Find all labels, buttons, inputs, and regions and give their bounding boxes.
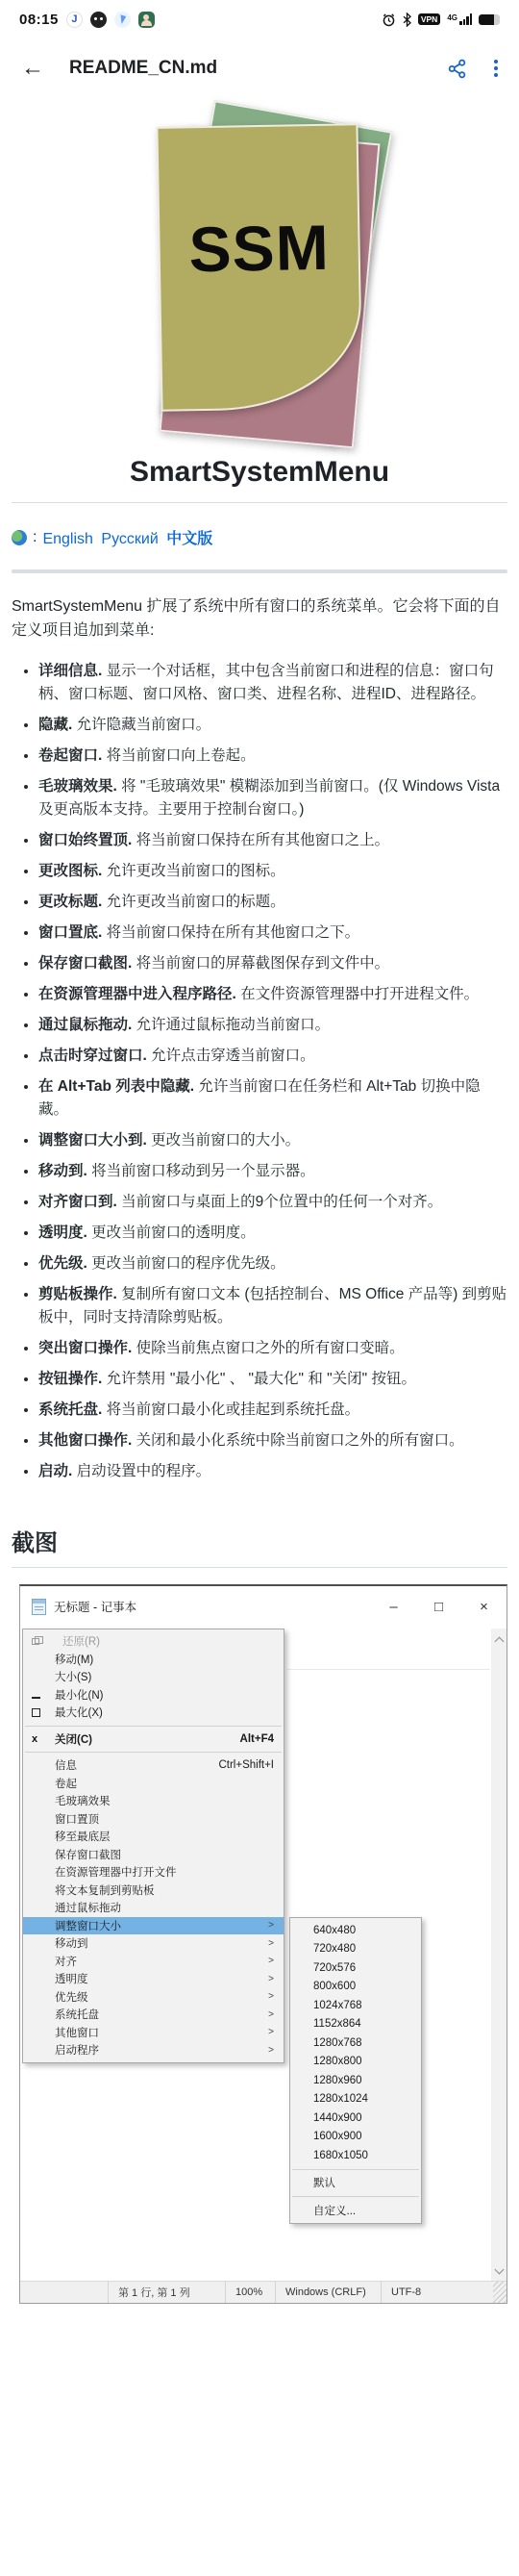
menu-item-label: 还原(R) [62,1633,100,1649]
globe-icon [12,530,27,545]
menu-item[interactable]: 最小化(N) [23,1686,284,1705]
submenu-arrow-icon: > [268,1991,274,2002]
menu-item-label: 保存窗口截图 [55,1847,121,1862]
language-colon: : [33,529,37,546]
editor-top-border [287,1669,490,1670]
submenu-item[interactable]: 1280x960 [290,2071,421,2090]
menu-item[interactable]: 对齐> [23,1953,284,1971]
menu-item-label: 透明度 [55,1971,88,1986]
notepad-window: 无标题 - 记事本 – □ × 还原(R)移动(M)大小(S)最小化(N)最大化… [19,1584,507,2304]
menu-item[interactable]: 移动到> [23,1934,284,1953]
notepad-title: 无标题 - 记事本 [54,1598,136,1615]
menu-separator [25,1752,282,1753]
feature-item: 毛玻璃效果. 将 "毛玻璃效果" 模糊添加到当前窗口。(仅 Windows Vi… [38,775,507,821]
feature-item: 在 Alt+Tab 列表中隐藏. 允许当前窗口在任务栏和 Alt+Tab 切换中… [38,1075,507,1122]
menu-separator [292,2196,419,2197]
restore-icon [32,1638,39,1645]
scroll-down-icon[interactable] [494,2265,504,2275]
submenu-item[interactable]: 1280x1024 [290,2090,421,2109]
horizontal-rule [12,569,507,573]
link-english[interactable]: English [42,531,92,547]
submenu-item[interactable]: 640x480 [290,1921,421,1940]
submenu-arrow-icon: > [268,1938,274,1949]
menu-item-label: 启动程序 [55,2042,99,2058]
submenu-item[interactable]: 默认 [290,2174,421,2193]
menu-item-label: 大小(S) [55,1669,91,1684]
menu-item[interactable]: 系统托盘> [23,2006,284,2024]
minimize-button[interactable]: – [371,1586,416,1627]
status-cell: 第 1 行, 第 1 列 [108,2282,225,2303]
menu-item-label: 移至最底层 [55,1829,111,1844]
submenu-arrow-icon: > [268,2045,274,2056]
menu-item[interactable]: 卷起 [23,1775,284,1793]
feature-item: 其他窗口操作. 关闭和最小化系统中除当前窗口之外的所有窗口。 [38,1429,507,1452]
max-icon [32,1708,40,1717]
menu-separator [292,2169,419,2170]
menu-item-label: 通过鼠标拖动 [55,1900,121,1915]
alarm-icon [382,13,396,27]
maximize-button[interactable]: □ [416,1586,461,1627]
feature-item: 保存窗口截图. 将当前窗口的屏幕截图保存到文件中。 [38,952,507,975]
feature-item: 透明度. 更改当前窗口的透明度。 [38,1222,507,1245]
menu-item[interactable]: 窗口置顶 [23,1810,284,1829]
menu-item-label: 调整窗口大小 [55,1918,121,1933]
menu-item[interactable]: 最大化(X) [23,1704,284,1722]
submenu-item[interactable]: 1280x800 [290,2053,421,2072]
logo-text: SSM [188,211,330,287]
feature-item: 系统托盘. 将当前窗口最小化或挂起到系统托盘。 [38,1399,507,1422]
feature-item: 详细信息. 显示一个对话框，其中包含当前窗口和进程的信息：窗口句柄、窗口标题、窗… [38,660,507,706]
feature-item: 按钮操作. 允许禁用 "最小化" 、 "最大化" 和 "关闭" 按钮。 [38,1368,507,1391]
scrollbar[interactable] [491,1629,507,2281]
link-russian[interactable]: Русский [101,531,158,547]
submenu-item[interactable]: 自定义... [290,2201,421,2220]
system-context-menu: 还原(R)移动(M)大小(S)最小化(N)最大化(X)关闭(C)Alt+F4信息… [22,1629,284,2063]
menu-item[interactable]: 还原(R) [23,1632,284,1651]
doc-title: SmartSystemMenu [12,456,507,503]
menu-item[interactable]: 调整窗口大小> [23,1917,284,1935]
screenshot-image: 无标题 - 记事本 – □ × 还原(R)移动(M)大小(S)最小化(N)最大化… [19,1584,507,2304]
feature-item: 卷起窗口. 将当前窗口向上卷起。 [38,745,507,768]
notepad-editor-area: 还原(R)移动(M)大小(S)最小化(N)最大化(X)关闭(C)Alt+F4信息… [20,1627,507,2281]
avatar-app-icon [138,12,155,28]
menu-item-label: 将文本复制到剪贴板 [55,1882,155,1898]
menu-separator [25,1726,282,1727]
feature-item: 在资源管理器中进入程序路径. 在文件资源管理器中打开进程文件。 [38,983,507,1006]
notepad-status-bar: 第 1 行, 第 1 列100%Windows (CRLF)UTF-8 [20,2281,507,2303]
language-line: : English Русский 中文版 [12,526,507,548]
status-cell: Windows (CRLF) [275,2282,381,2303]
menu-item-label: 毛玻璃效果 [55,1793,111,1808]
menu-item-label: 优先级 [55,1989,88,2005]
menu-item[interactable]: 将文本复制到剪贴板 [23,1881,284,1900]
menu-item-label: 最大化(X) [55,1705,103,1720]
menu-shortcut: Alt+F4 [240,1733,274,1745]
ssm-logo: SSM [139,110,380,437]
menu-item-label: 最小化(N) [55,1687,103,1703]
close-icon [32,1733,37,1745]
app-header: ← README_CN.md [0,38,519,98]
scroll-up-icon[interactable] [494,1637,504,1647]
menu-item-label: 移动(M) [55,1652,93,1667]
intro-paragraph: SmartSystemMenu 扩展了系统中所有窗口的系统菜单。它会将下面的自定… [12,594,507,643]
menu-item-label: 其他窗口 [55,2025,99,2040]
status-cell [20,2282,108,2303]
menu-item[interactable]: 通过鼠标拖动 [23,1899,284,1917]
menu-item[interactable]: 透明度> [23,1970,284,1988]
close-button[interactable]: × [461,1586,507,1627]
feature-item: 窗口置底. 将当前窗口保持在所有其他窗口之下。 [38,922,507,945]
menu-item-label: 在资源管理器中打开文件 [55,1864,177,1880]
submenu-item[interactable]: 720x576 [290,1958,421,1978]
clock-time: 08:15 [19,12,59,28]
menu-item-label: 移动到 [55,1935,88,1951]
markdown-content: SSM SmartSystemMenu : English Русский 中文… [0,110,519,2304]
notepad-icon [32,1599,46,1615]
battery-icon [479,14,500,25]
submenu-item[interactable]: 1280x768 [290,2033,421,2053]
menu-item[interactable]: 其他窗口> [23,2024,284,2042]
status-cell: 100% [225,2282,275,2303]
menu-item-label: 系统托盘 [55,2007,99,2022]
submenu-item[interactable]: 1152x864 [290,2015,421,2034]
menu-item[interactable]: 移至最底层 [23,1828,284,1846]
flash-app-icon [114,12,131,28]
phone-status-bar: 08:15 J VPN 4G [0,0,519,38]
feature-item: 更改图标. 允许更改当前窗口的图标。 [38,860,507,883]
feature-item: 隐藏. 允许隐藏当前窗口。 [38,714,507,737]
feature-item: 启动. 启动设置中的程序。 [38,1460,507,1483]
feature-item: 突出窗口操作. 使除当前焦点窗口之外的所有窗口变暗。 [38,1337,507,1360]
link-chinese[interactable]: 中文版 [166,531,212,547]
submenu-item[interactable]: 1680x1050 [290,2146,421,2165]
submenu-arrow-icon: > [268,1920,274,1931]
submenu-arrow-icon: > [268,2009,274,2020]
menu-item[interactable]: 移动(M) [23,1651,284,1669]
menu-item[interactable]: 启动程序> [23,2041,284,2059]
menu-item-label: 信息 [55,1757,77,1773]
menu-item-label: 窗口置顶 [55,1811,99,1827]
feature-item: 剪贴板操作. 复制所有窗口文本 (包括控制台、MS Office 产品等) 到剪… [38,1283,507,1329]
feature-item: 更改标题. 允许更改当前窗口的标题。 [38,891,507,914]
submenu-arrow-icon: > [268,2027,274,2037]
feature-item: 对齐窗口到. 当前窗口与桌面上的9个位置中的任何一个对齐。 [38,1191,507,1214]
feature-item: 窗口始终置顶. 将当前窗口保持在所有其他窗口之上。 [38,829,507,852]
menu-item-label: 对齐 [55,1954,77,1969]
menu-item-label: 关闭(C) [55,1731,92,1747]
chat-app-icon [90,12,107,28]
menu-item[interactable]: 在资源管理器中打开文件 [23,1863,284,1881]
bluetooth-icon [403,13,411,27]
feature-item: 点击时穿过窗口. 允许点击穿透当前窗口。 [38,1045,507,1068]
menu-item[interactable]: 优先级> [23,1988,284,2007]
menu-item[interactable]: 毛玻璃效果 [23,1792,284,1810]
feature-item: 调整窗口大小到. 更改当前窗口的大小。 [38,1129,507,1152]
signal-4g-icon: 4G [447,13,472,25]
submenu-item[interactable]: 1024x768 [290,1996,421,2015]
menu-item[interactable]: 大小(S) [23,1668,284,1686]
overflow-menu-icon[interactable] [494,60,498,77]
feature-list: 详细信息. 显示一个对话框，其中包含当前窗口和进程的信息：窗口句柄、窗口标题、窗… [17,660,507,1483]
resize-grip[interactable] [493,2282,507,2303]
page-title: README_CN.md [69,58,422,79]
notepad-title-bar: 无标题 - 记事本 – □ × [20,1586,507,1627]
feature-item: 通过鼠标拖动. 允许通过鼠标拖动当前窗口。 [38,1014,507,1037]
feature-item: 优先级. 更改当前窗口的程序优先级。 [38,1252,507,1275]
submenu-arrow-icon: > [268,1956,274,1966]
j-app-icon: J [66,12,83,28]
vpn-badge: VPN [418,13,440,26]
resize-submenu: 640x480720x480720x576800x6001024x7681152… [289,1917,422,2224]
back-arrow-icon[interactable]: ← [21,57,44,80]
min-icon [32,1690,40,1699]
share-icon[interactable] [447,59,467,79]
feature-item: 移动到. 将当前窗口移动到另一个显示器。 [38,1160,507,1183]
menu-item[interactable]: 信息Ctrl+Shift+I [23,1756,284,1775]
submenu-item[interactable]: 1600x900 [290,2128,421,2147]
menu-shortcut: Ctrl+Shift+I [218,1759,274,1771]
menu-item-label: 卷起 [55,1776,77,1791]
submenu-arrow-icon: > [268,1974,274,1984]
menu-item[interactable]: 关闭(C)Alt+F4 [23,1730,284,1749]
status-cell: UTF-8 [381,2282,493,2303]
submenu-item[interactable]: 800x600 [290,1978,421,1997]
screenshot-heading: 截图 [12,1524,507,1568]
menu-item[interactable]: 保存窗口截图 [23,1846,284,1864]
submenu-item[interactable]: 720x480 [290,1940,421,1959]
submenu-item[interactable]: 1440x900 [290,2109,421,2128]
